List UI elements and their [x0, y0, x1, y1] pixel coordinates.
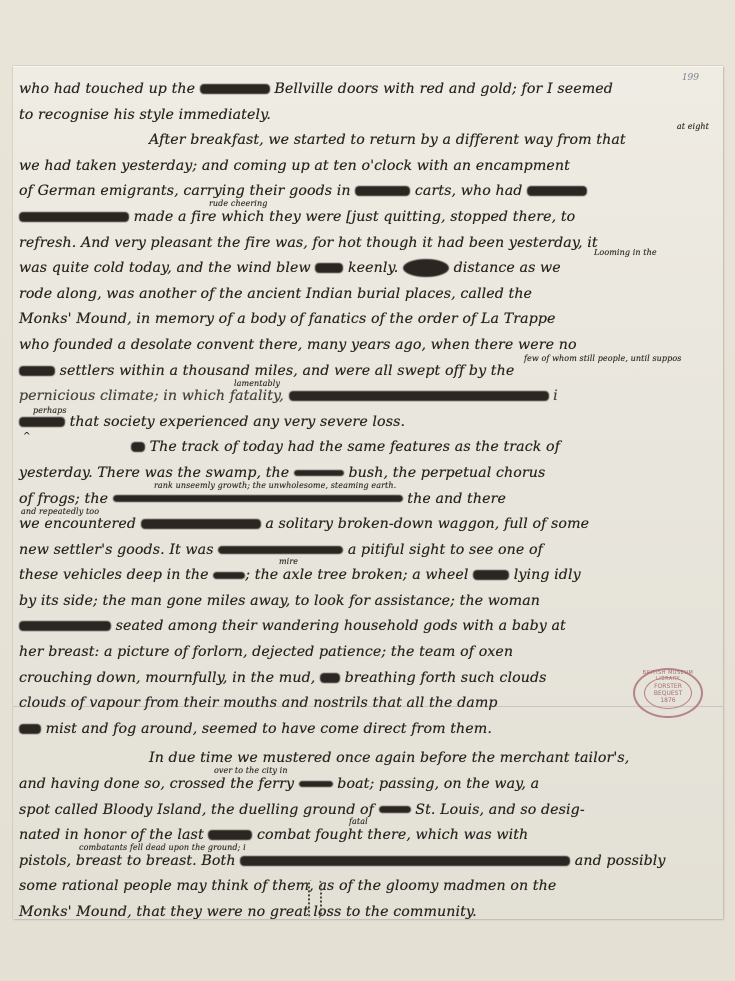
manuscript-line: of German emigrants, carrying their good…: [19, 179, 713, 205]
cancelled-word: [527, 186, 587, 196]
cancelled-passage: [240, 856, 570, 866]
cancelled-word: [131, 442, 145, 452]
manuscript-line: rank unseemly growth; the unwholesome, s…: [19, 487, 713, 513]
interlinear-insertion: perhaps: [33, 406, 67, 415]
cancelled-word: [200, 84, 270, 94]
cancelled-word: [299, 781, 333, 787]
cancelled-word: [355, 186, 410, 196]
manuscript-line: Monks' Mound, in memory of a body of fan…: [19, 307, 713, 333]
cancelled-passage: [289, 391, 549, 401]
manuscript-page: 199 who had touched up the Bellville doo…: [13, 66, 723, 919]
manuscript-line: rude cheering made a fire which they wer…: [19, 205, 713, 231]
manuscript-line: at eight After breakfast, we started to …: [19, 128, 713, 154]
paragraph-rule: [13, 706, 723, 707]
manuscript-line: her breast: a picture of forlorn, deject…: [19, 640, 713, 666]
cancelled-word: [19, 724, 41, 734]
interlinear-insertion: rude cheering: [209, 199, 267, 208]
cancelled-word: [19, 212, 129, 222]
manuscript-line: some rational people may think of them, …: [19, 874, 713, 900]
manuscript-line: ^ The track of today had the same featur…: [19, 435, 713, 461]
caret-mark: ^: [23, 425, 31, 451]
cancelled-word: [379, 806, 411, 813]
manuscript-line: crouching down, mournfully, in the mud, …: [19, 666, 713, 692]
manuscript-line: who had touched up the Bellville doors w…: [19, 77, 713, 103]
interlinear-insertion: mire: [279, 557, 298, 566]
cancelled-word: [315, 263, 343, 273]
manuscript-line: and repeatedly too we encountered a soli…: [19, 512, 713, 538]
cancelled-word: [208, 830, 252, 840]
manuscript-line: seated among their wandering household g…: [19, 614, 713, 640]
ink-blot: [403, 259, 449, 277]
manuscript-line: by its side; the man gone miles away, to…: [19, 589, 713, 615]
manuscript-line: clouds of vapour from their mouths and n…: [19, 691, 713, 717]
cancelled-word: [218, 546, 343, 554]
cancelled-word: [19, 366, 55, 376]
manuscript-line: few of whom still people, until suppos s…: [19, 359, 713, 385]
manuscript-text: who had touched up the Bellville doors w…: [19, 77, 713, 926]
interlinear-insertion: over to the city in: [214, 766, 288, 775]
library-stamp: BRITISH MUSEUM LIBRARY FORSTER BEQUEST 1…: [633, 668, 703, 718]
manuscript-line: mist and fog around, seemed to have come…: [19, 717, 713, 743]
manuscript-line: rode along, was another of the ancient I…: [19, 282, 713, 308]
manuscript-line: In due time we mustered once again befor…: [19, 746, 713, 772]
manuscript-line: over to the city in and having done so, …: [19, 772, 713, 798]
end-flourish: [308, 880, 322, 918]
interlinear-insertion: Looming in the: [594, 248, 657, 257]
cancelled-word: [294, 470, 344, 476]
cancelled-word: [19, 621, 111, 631]
interlinear-insertion: lamentably: [234, 379, 280, 388]
cancelled-word: [141, 519, 261, 529]
manuscript-line: new settler's goods. It was a pitiful si…: [19, 538, 713, 564]
manuscript-line: mire these vehicles deep in the ; the ax…: [19, 563, 713, 589]
cancelled-passage: [113, 495, 403, 502]
manuscript-line: combatants fell dead upon the ground; i …: [19, 849, 713, 875]
interlinear-insertion: combatants fell dead upon the ground; i: [79, 843, 246, 852]
cancelled-word: [473, 570, 509, 580]
manuscript-line: Looming in the was quite cold today, and…: [19, 256, 713, 282]
cancelled-word: [320, 673, 340, 683]
interlinear-insertion: few of whom still people, until suppos: [524, 354, 681, 363]
interlinear-insertion: fatal: [349, 817, 368, 826]
manuscript-line: lamentably pernicious climate; in which …: [19, 384, 713, 410]
manuscript-line: to recognise his style immediately.: [19, 103, 713, 129]
manuscript-line: perhaps that society experienced any ver…: [19, 410, 713, 436]
cancelled-word: [213, 572, 245, 579]
manuscript-line: Monks' Mound, that they were no great lo…: [19, 900, 713, 926]
interlinear-insertion: and repeatedly too: [21, 507, 99, 516]
interlinear-insertion: rank unseemly growth; the unwholesome, s…: [154, 481, 396, 490]
interlinear-insertion: at eight: [677, 122, 709, 131]
manuscript-line: we had taken yesterday; and coming up at…: [19, 154, 713, 180]
